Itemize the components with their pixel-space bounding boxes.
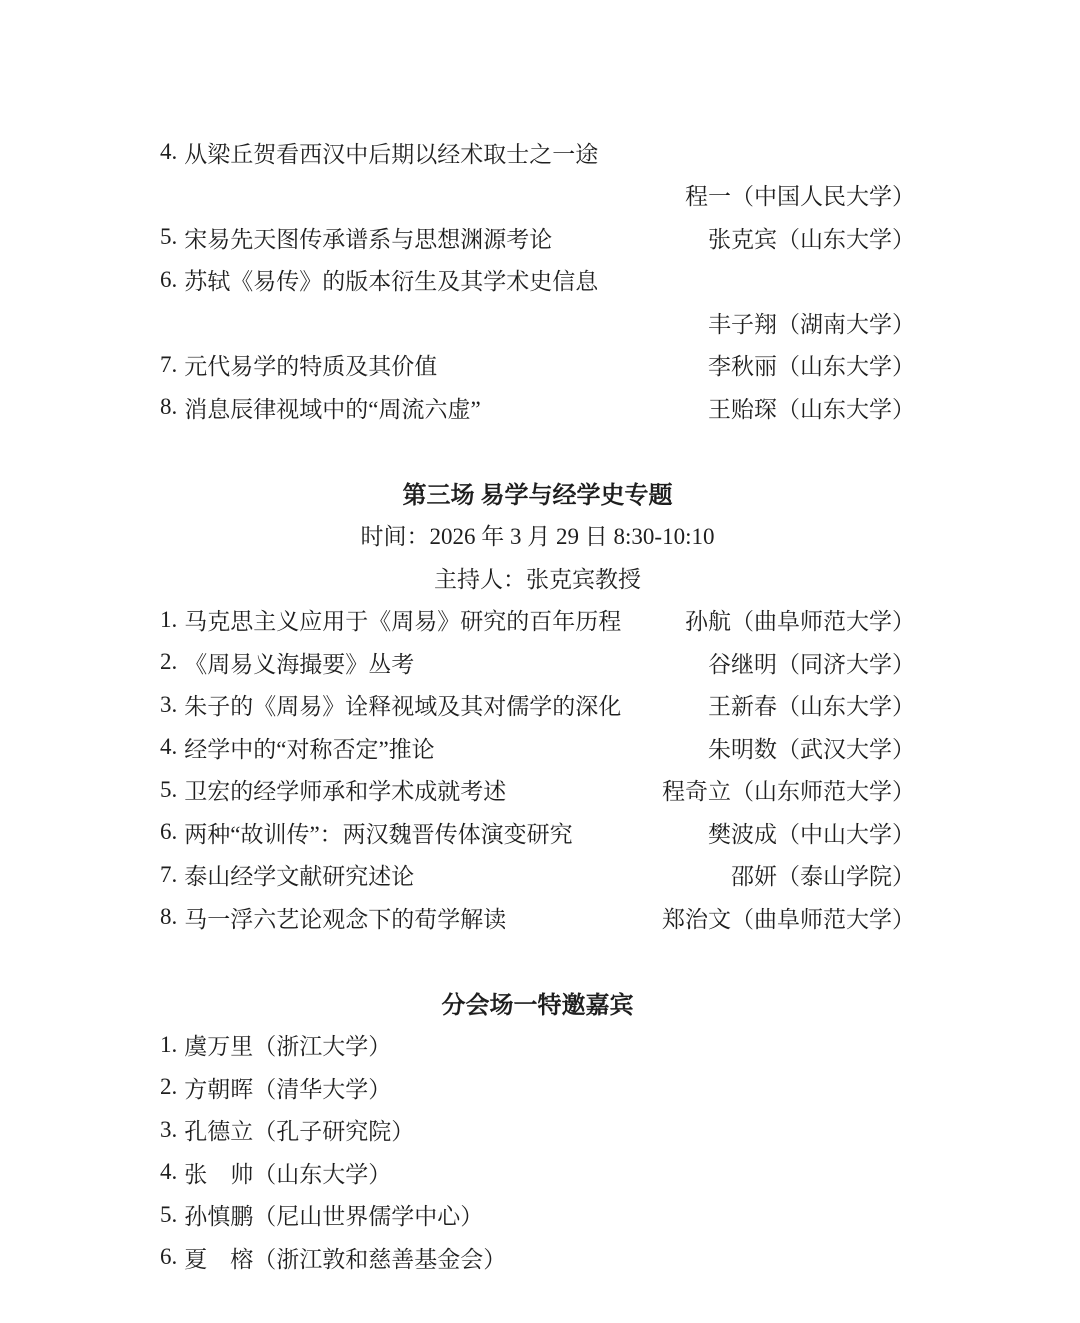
agenda-row: 3. 朱子的《周易》诠释视域及其对儒学的深化 王新春（山东大学） xyxy=(160,684,915,727)
item-title-text: 卫宏的经学师承和学术成就考述 xyxy=(184,773,506,806)
item-title-text: 《周易义海撮要》丛考 xyxy=(184,646,414,679)
item-number: 3. xyxy=(160,692,177,718)
guest-name: 方朝晖（清华大学） xyxy=(184,1071,391,1104)
presenter: 邵妍（泰山学院） xyxy=(731,858,915,891)
paper-title: 3. 朱子的《周易》诠释视域及其对儒学的深化 xyxy=(160,688,621,721)
guest-entry: 5. 孙慎鹏（尼山世界儒学中心） xyxy=(160,1198,483,1231)
item-number: 2. xyxy=(160,1074,177,1100)
presenter: 谷继明（同济大学） xyxy=(708,646,915,679)
paper-title: 2. 《周易义海撮要》丛考 xyxy=(160,646,414,679)
agenda-row: 6. 两种“故训传”：两汉魏晋传体演变研究 樊波成（中山大学） xyxy=(160,811,915,854)
item-number: 4. xyxy=(160,734,177,760)
item-title-text: 朱子的《周易》诠释视域及其对儒学的深化 xyxy=(184,688,621,721)
document-page: 4. 从梁丘贺看西汉中后期以经术取士之一途 程一（中国人民大学） 5. 宋易先天… xyxy=(0,0,1080,1323)
item-number: 7. xyxy=(160,862,177,888)
session-host: 主持人：张克宾教授 xyxy=(434,561,641,594)
presenter: 郑治文（曲阜师范大学） xyxy=(662,901,915,934)
item-number: 6. xyxy=(160,267,177,293)
presenter: 程奇立（山东师范大学） xyxy=(662,773,915,806)
item-number: 5. xyxy=(160,1202,177,1228)
agenda-row: 1. 马克思主义应用于《周易》研究的百年历程 孙航（曲阜师范大学） xyxy=(160,599,915,642)
agenda-row: 8. 马一浮六艺论观念下的荀学解读 郑治文（曲阜师范大学） xyxy=(160,896,915,939)
paper-title: 5. 宋易先天图传承谱系与思想渊源考论 xyxy=(160,221,552,254)
agenda-row: 4. 经学中的“对称否定”推论 朱明数（武汉大学） xyxy=(160,726,915,769)
paper-title: 8. 消息辰律视域中的“周流六虚” xyxy=(160,391,481,424)
guest-name: 虞万里（浙江大学） xyxy=(184,1028,391,1061)
guest-entry: 3. 孔德立（孔子研究院） xyxy=(160,1113,414,1146)
item-title-text: 两种“故训传”：两汉魏晋传体演变研究 xyxy=(184,816,572,849)
item-title-text: 消息辰律视域中的“周流六虚” xyxy=(184,391,480,424)
paper-title: 7. 元代易学的特质及其价值 xyxy=(160,348,437,381)
presenter: 王新春（山东大学） xyxy=(708,688,915,721)
item-number: 3. xyxy=(160,1117,177,1143)
guests-heading: 分会场一特邀嘉宾 xyxy=(160,981,915,1024)
item-number: 6. xyxy=(160,819,177,845)
session3-heading: 第三场 易学与经学史专题 xyxy=(160,471,915,514)
guests-title: 分会场一特邀嘉宾 xyxy=(442,985,634,1020)
agenda-row: 6. 苏轼《易传》的版本衍生及其学术史信息 xyxy=(160,259,915,302)
session3-host-row: 主持人：张克宾教授 xyxy=(160,556,915,599)
item-title-text: 泰山经学文献研究述论 xyxy=(184,858,414,891)
agenda-row: 8. 消息辰律视域中的“周流六虚” 王贻琛（山东大学） xyxy=(160,386,915,429)
item-number: 6. xyxy=(160,1244,177,1270)
guest-row: 5. 孙慎鹏（尼山世界儒学中心） xyxy=(160,1194,915,1237)
item-title-text: 经学中的“对称否定”推论 xyxy=(184,731,434,764)
item-number: 8. xyxy=(160,394,177,420)
item-number: 5. xyxy=(160,777,177,803)
paper-title: 4. 从梁丘贺看西汉中后期以经术取士之一途 xyxy=(160,136,598,169)
item-title-text: 从梁丘贺看西汉中后期以经术取士之一途 xyxy=(184,136,598,169)
presenter: 朱明数（武汉大学） xyxy=(708,731,915,764)
item-number: 4. xyxy=(160,139,177,165)
guest-name: 孙慎鹏（尼山世界儒学中心） xyxy=(184,1198,483,1231)
agenda-row: 5. 卫宏的经学师承和学术成就考述 程奇立（山东师范大学） xyxy=(160,769,915,812)
guest-entry: 4. 张 帅（山东大学） xyxy=(160,1156,391,1189)
session3-time-row: 时间：2026 年 3 月 29 日 8:30-10:10 xyxy=(160,514,915,557)
guest-name: 孔德立（孔子研究院） xyxy=(184,1113,414,1146)
item-title-text: 马一浮六艺论观念下的荀学解读 xyxy=(184,901,506,934)
presenter: 孙航（曲阜师范大学） xyxy=(685,603,915,636)
presenter-row: 程一（中国人民大学） xyxy=(160,174,915,217)
item-title-text: 元代易学的特质及其价值 xyxy=(184,348,437,381)
item-title-text: 宋易先天图传承谱系与思想渊源考论 xyxy=(184,221,552,254)
guest-row: 1. 虞万里（浙江大学） xyxy=(160,1024,915,1067)
guest-row: 6. 夏 榕（浙江敦和慈善基金会） xyxy=(160,1236,915,1279)
item-number: 2. xyxy=(160,649,177,675)
paper-title: 6. 苏轼《易传》的版本衍生及其学术史信息 xyxy=(160,263,598,296)
presenter-row: 丰子翔（湖南大学） xyxy=(160,301,915,344)
paper-title: 6. 两种“故训传”：两汉魏晋传体演变研究 xyxy=(160,816,573,849)
guest-row: 3. 孔德立（孔子研究院） xyxy=(160,1109,915,1152)
presenter: 程一（中国人民大学） xyxy=(685,178,915,211)
session-time: 时间：2026 年 3 月 29 日 8:30-10:10 xyxy=(361,518,715,551)
item-number: 7. xyxy=(160,352,177,378)
guest-row: 2. 方朝晖（清华大学） xyxy=(160,1066,915,1109)
presenter: 张克宾（山东大学） xyxy=(708,221,915,254)
session-title: 第三场 易学与经学史专题 xyxy=(403,475,673,510)
agenda-row: 4. 从梁丘贺看西汉中后期以经术取士之一途 xyxy=(160,131,915,174)
guest-entry: 2. 方朝晖（清华大学） xyxy=(160,1071,391,1104)
item-number: 4. xyxy=(160,1159,177,1185)
paper-title: 8. 马一浮六艺论观念下的荀学解读 xyxy=(160,901,506,934)
agenda-row: 5. 宋易先天图传承谱系与思想渊源考论 张克宾（山东大学） xyxy=(160,216,915,259)
agenda-row: 2. 《周易义海撮要》丛考 谷继明（同济大学） xyxy=(160,641,915,684)
guest-entry: 6. 夏 榕（浙江敦和慈善基金会） xyxy=(160,1241,506,1274)
paper-title: 1. 马克思主义应用于《周易》研究的百年历程 xyxy=(160,603,621,636)
guest-name: 夏 榕（浙江敦和慈善基金会） xyxy=(184,1241,506,1274)
item-title-text: 马克思主义应用于《周易》研究的百年历程 xyxy=(184,603,621,636)
item-title-text: 苏轼《易传》的版本衍生及其学术史信息 xyxy=(184,263,598,296)
item-number: 5. xyxy=(160,224,177,250)
presenter: 王贻琛（山东大学） xyxy=(708,391,915,424)
item-number: 8. xyxy=(160,904,177,930)
presenter: 李秋丽（山东大学） xyxy=(708,348,915,381)
guest-row: 4. 张 帅（山东大学） xyxy=(160,1151,915,1194)
item-number: 1. xyxy=(160,1032,177,1058)
presenter: 丰子翔（湖南大学） xyxy=(708,306,915,339)
guest-name: 张 帅（山东大学） xyxy=(184,1156,391,1189)
presenter: 樊波成（中山大学） xyxy=(708,816,915,849)
paper-title: 4. 经学中的“对称否定”推论 xyxy=(160,731,435,764)
guest-entry: 1. 虞万里（浙江大学） xyxy=(160,1028,391,1061)
item-number: 1. xyxy=(160,607,177,633)
agenda-row: 7. 元代易学的特质及其价值 李秋丽（山东大学） xyxy=(160,344,915,387)
agenda-row: 7. 泰山经学文献研究述论 邵妍（泰山学院） xyxy=(160,854,915,897)
paper-title: 5. 卫宏的经学师承和学术成就考述 xyxy=(160,773,506,806)
paper-title: 7. 泰山经学文献研究述论 xyxy=(160,858,414,891)
